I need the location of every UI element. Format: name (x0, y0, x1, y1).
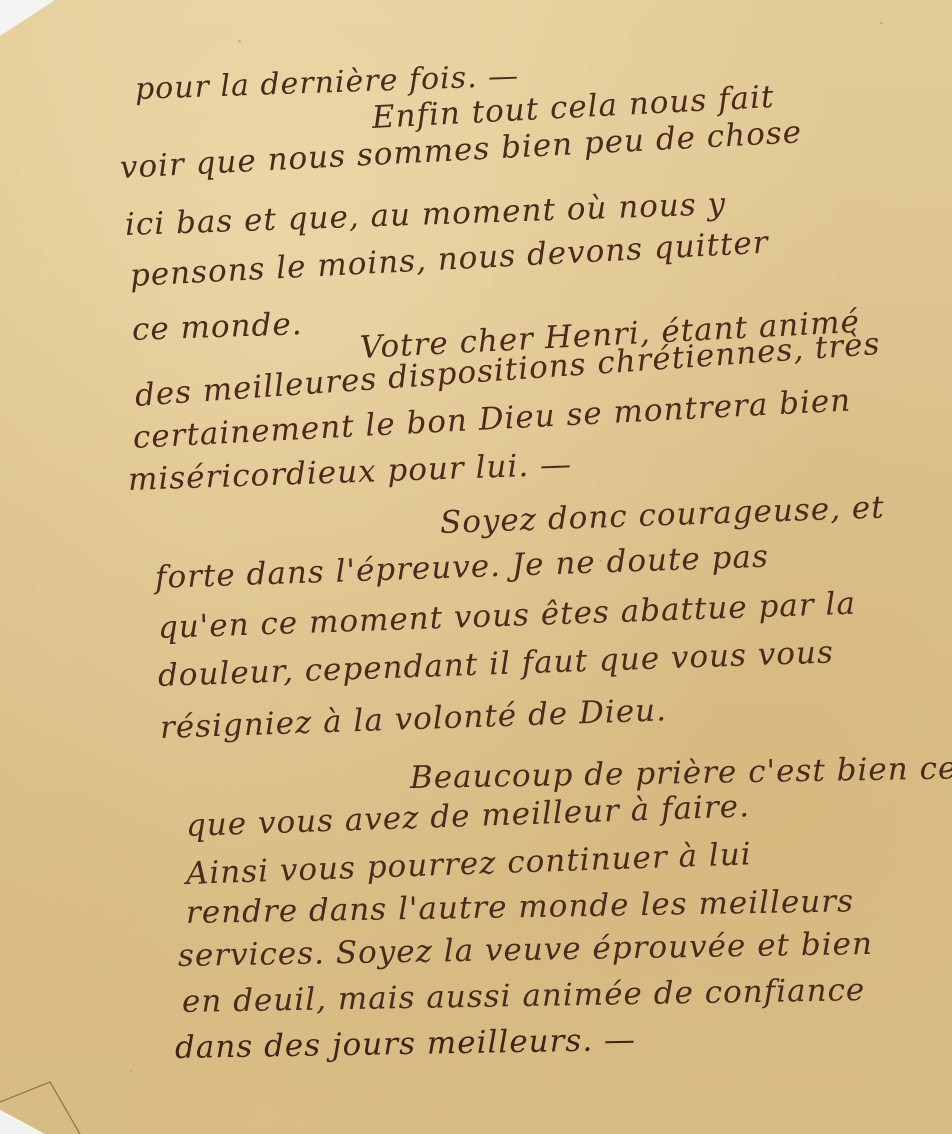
letter-line-20: services. Soyez la veuve éprouvée et bie… (178, 926, 874, 974)
letter-line-16: Beaucoup de prière c'est bien ce (410, 750, 952, 796)
letter-line-22: dans des jours meilleurs. — (175, 1022, 637, 1066)
letter-line-14: douleur, cependant il faut que vous vous (157, 634, 834, 694)
letter-line-10: miséricordieux pour lui. — (127, 447, 572, 498)
letter-line-6: ce monde. (131, 306, 303, 348)
letter-body: pour la dernière fois. — Enfin tout cela… (0, 0, 952, 1134)
letter-line-19: rendre dans l'autre monde les meilleurs (186, 883, 855, 931)
letter-line-12: forte dans l'épreuve. Je ne doute pas (154, 539, 769, 596)
letter-line-21: en deuil, mais aussi animée de confiance (182, 972, 866, 1020)
letter-line-18: Ainsi vous pourrez continuer à lui (185, 836, 752, 892)
letter-line-11: Soyez donc courageuse, et (439, 489, 885, 541)
letter-line-15: résigniez à la volonté de Dieu. (159, 692, 667, 746)
letter-line-17: que vous avez de meilleur à faire. (185, 788, 750, 844)
